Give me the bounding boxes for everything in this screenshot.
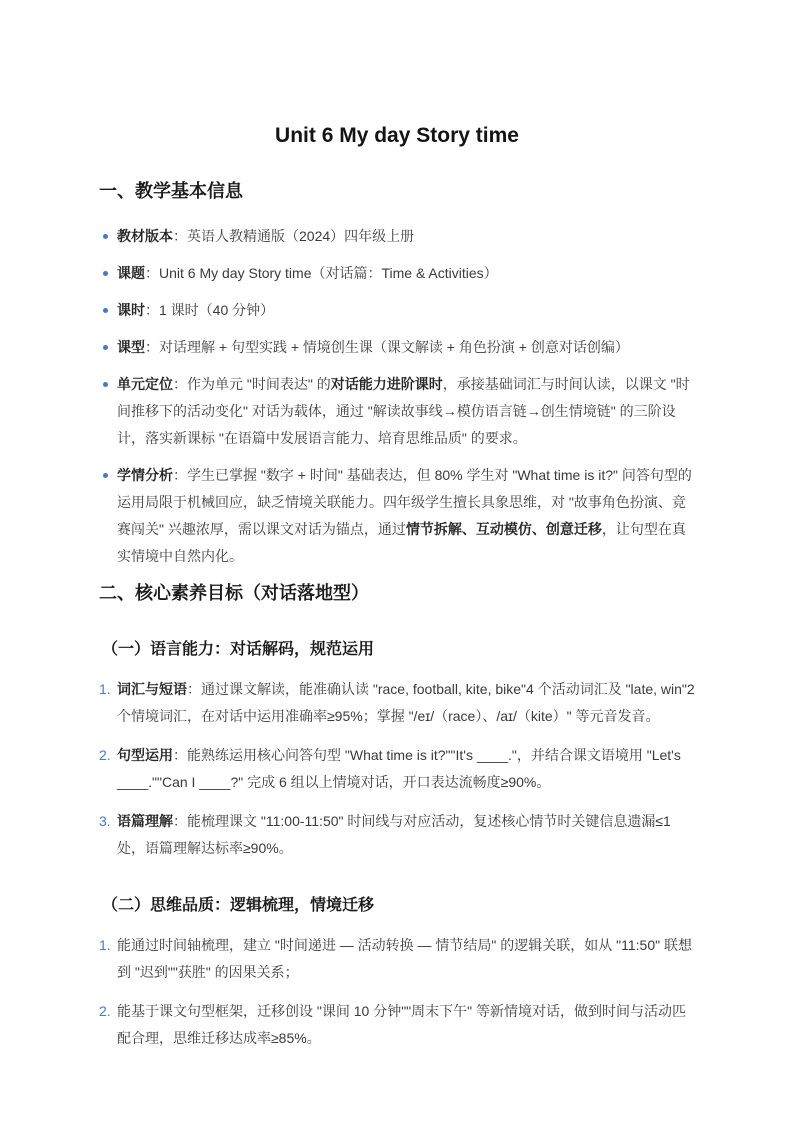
item-text-bold: 对话能力进阶课时: [331, 376, 443, 392]
item-text: ：Unit 6 My day Story time（对话篇：Time & Act…: [145, 265, 498, 281]
item-text-bold: 情节拆解、互动模仿、创意迁移: [406, 521, 602, 537]
list-number: 1.: [99, 932, 111, 959]
section-heading-basic-info: 一、教学基本信息: [99, 178, 695, 204]
item-label: 课时: [117, 302, 145, 318]
bullet-icon: [103, 473, 108, 478]
item-label: 词汇与短语: [117, 681, 187, 697]
list-item: 1.词汇与短语：通过课文解读，能准确认读 "race, football, ki…: [99, 676, 695, 730]
subsection-heading-thinking-quality: （二）思维品质：逻辑梳理，情境迁移: [102, 894, 695, 918]
subsection-heading-language-ability: （一）语言能力：对话解码，规范运用: [102, 638, 695, 662]
list-number: 1.: [99, 676, 111, 703]
list-number: 2.: [99, 998, 111, 1025]
list-number: 3.: [99, 808, 111, 835]
bullet-icon: [103, 382, 108, 387]
item-text: ：能熟练运用核心问答句型 "What time is it?""It's ___…: [117, 747, 681, 790]
item-label: 句型运用: [117, 747, 173, 763]
item-text: 能基于课文句型框架，迁移创设 "课间 10 分钟""周末下午" 等新情境对话，做…: [117, 1003, 686, 1046]
item-text: ：1 课时（40 分钟）: [145, 302, 274, 318]
list-item: 1.能通过时间轴梳理，建立 "时间递进 — 活动转换 — 情节结局" 的逻辑关联…: [99, 932, 695, 986]
list-item: 学情分析：学生已掌握 "数字 + 时间" 基础表达，但 80% 学生对 "Wha…: [99, 462, 695, 570]
list-item: 单元定位：作为单元 "时间表达" 的对话能力进阶课时，承接基础词汇与时间认读，以…: [99, 371, 695, 452]
item-label: 教材版本: [117, 228, 173, 244]
item-text: ：英语人教精通版（2024）四年级上册: [173, 228, 414, 244]
document-title: Unit 6 My day Story time: [99, 121, 695, 151]
bullet-icon: [103, 308, 108, 313]
item-label: 学情分析: [117, 467, 173, 483]
item-label: 课型: [117, 339, 145, 355]
document-page: Unit 6 My day Story time 一、教学基本信息 教材版本：英…: [0, 0, 794, 1123]
basic-info-list: 教材版本：英语人教精通版（2024）四年级上册 课题：Unit 6 My day…: [99, 223, 695, 570]
bullet-icon: [103, 345, 108, 350]
list-item: 3.语篇理解：能梳理课文 "11:00-11:50" 时间线与对应活动，复述核心…: [99, 808, 695, 862]
list-item: 教材版本：英语人教精通版（2024）四年级上册: [99, 223, 695, 250]
item-text: ：能梳理课文 "11:00-11:50" 时间线与对应活动，复述核心情节时关键信…: [117, 813, 671, 856]
list-item: 课型：对话理解 + 句型实践 + 情境创生课（课文解读 + 角色扮演 + 创意对…: [99, 334, 695, 361]
list-number: 2.: [99, 742, 111, 769]
list-item: 2.句型运用：能熟练运用核心问答句型 "What time is it?""It…: [99, 742, 695, 796]
item-label: 语篇理解: [117, 813, 173, 829]
list-item: 课题：Unit 6 My day Story time（对话篇：Time & A…: [99, 260, 695, 287]
item-label: 单元定位: [117, 376, 173, 392]
item-text: ：作为单元 "时间表达" 的: [173, 376, 331, 392]
list-item: 2.能基于课文句型框架，迁移创设 "课间 10 分钟""周末下午" 等新情境对话…: [99, 998, 695, 1052]
thinking-quality-list: 1.能通过时间轴梳理，建立 "时间递进 — 活动转换 — 情节结局" 的逻辑关联…: [99, 932, 695, 1052]
item-text: ：通过课文解读，能准确认读 "race, football, kite, bik…: [117, 681, 695, 724]
item-text: ：对话理解 + 句型实践 + 情境创生课（课文解读 + 角色扮演 + 创意对话创…: [145, 339, 629, 355]
language-ability-list: 1.词汇与短语：通过课文解读，能准确认读 "race, football, ki…: [99, 676, 695, 862]
bullet-icon: [103, 234, 108, 239]
item-text: 能通过时间轴梳理，建立 "时间递进 — 活动转换 — 情节结局" 的逻辑关联，如…: [117, 937, 692, 980]
item-label: 课题: [117, 265, 145, 281]
section-heading-core-goals: 二、核心素养目标（对话落地型）: [99, 580, 695, 606]
list-item: 课时：1 课时（40 分钟）: [99, 297, 695, 324]
bullet-icon: [103, 271, 108, 276]
